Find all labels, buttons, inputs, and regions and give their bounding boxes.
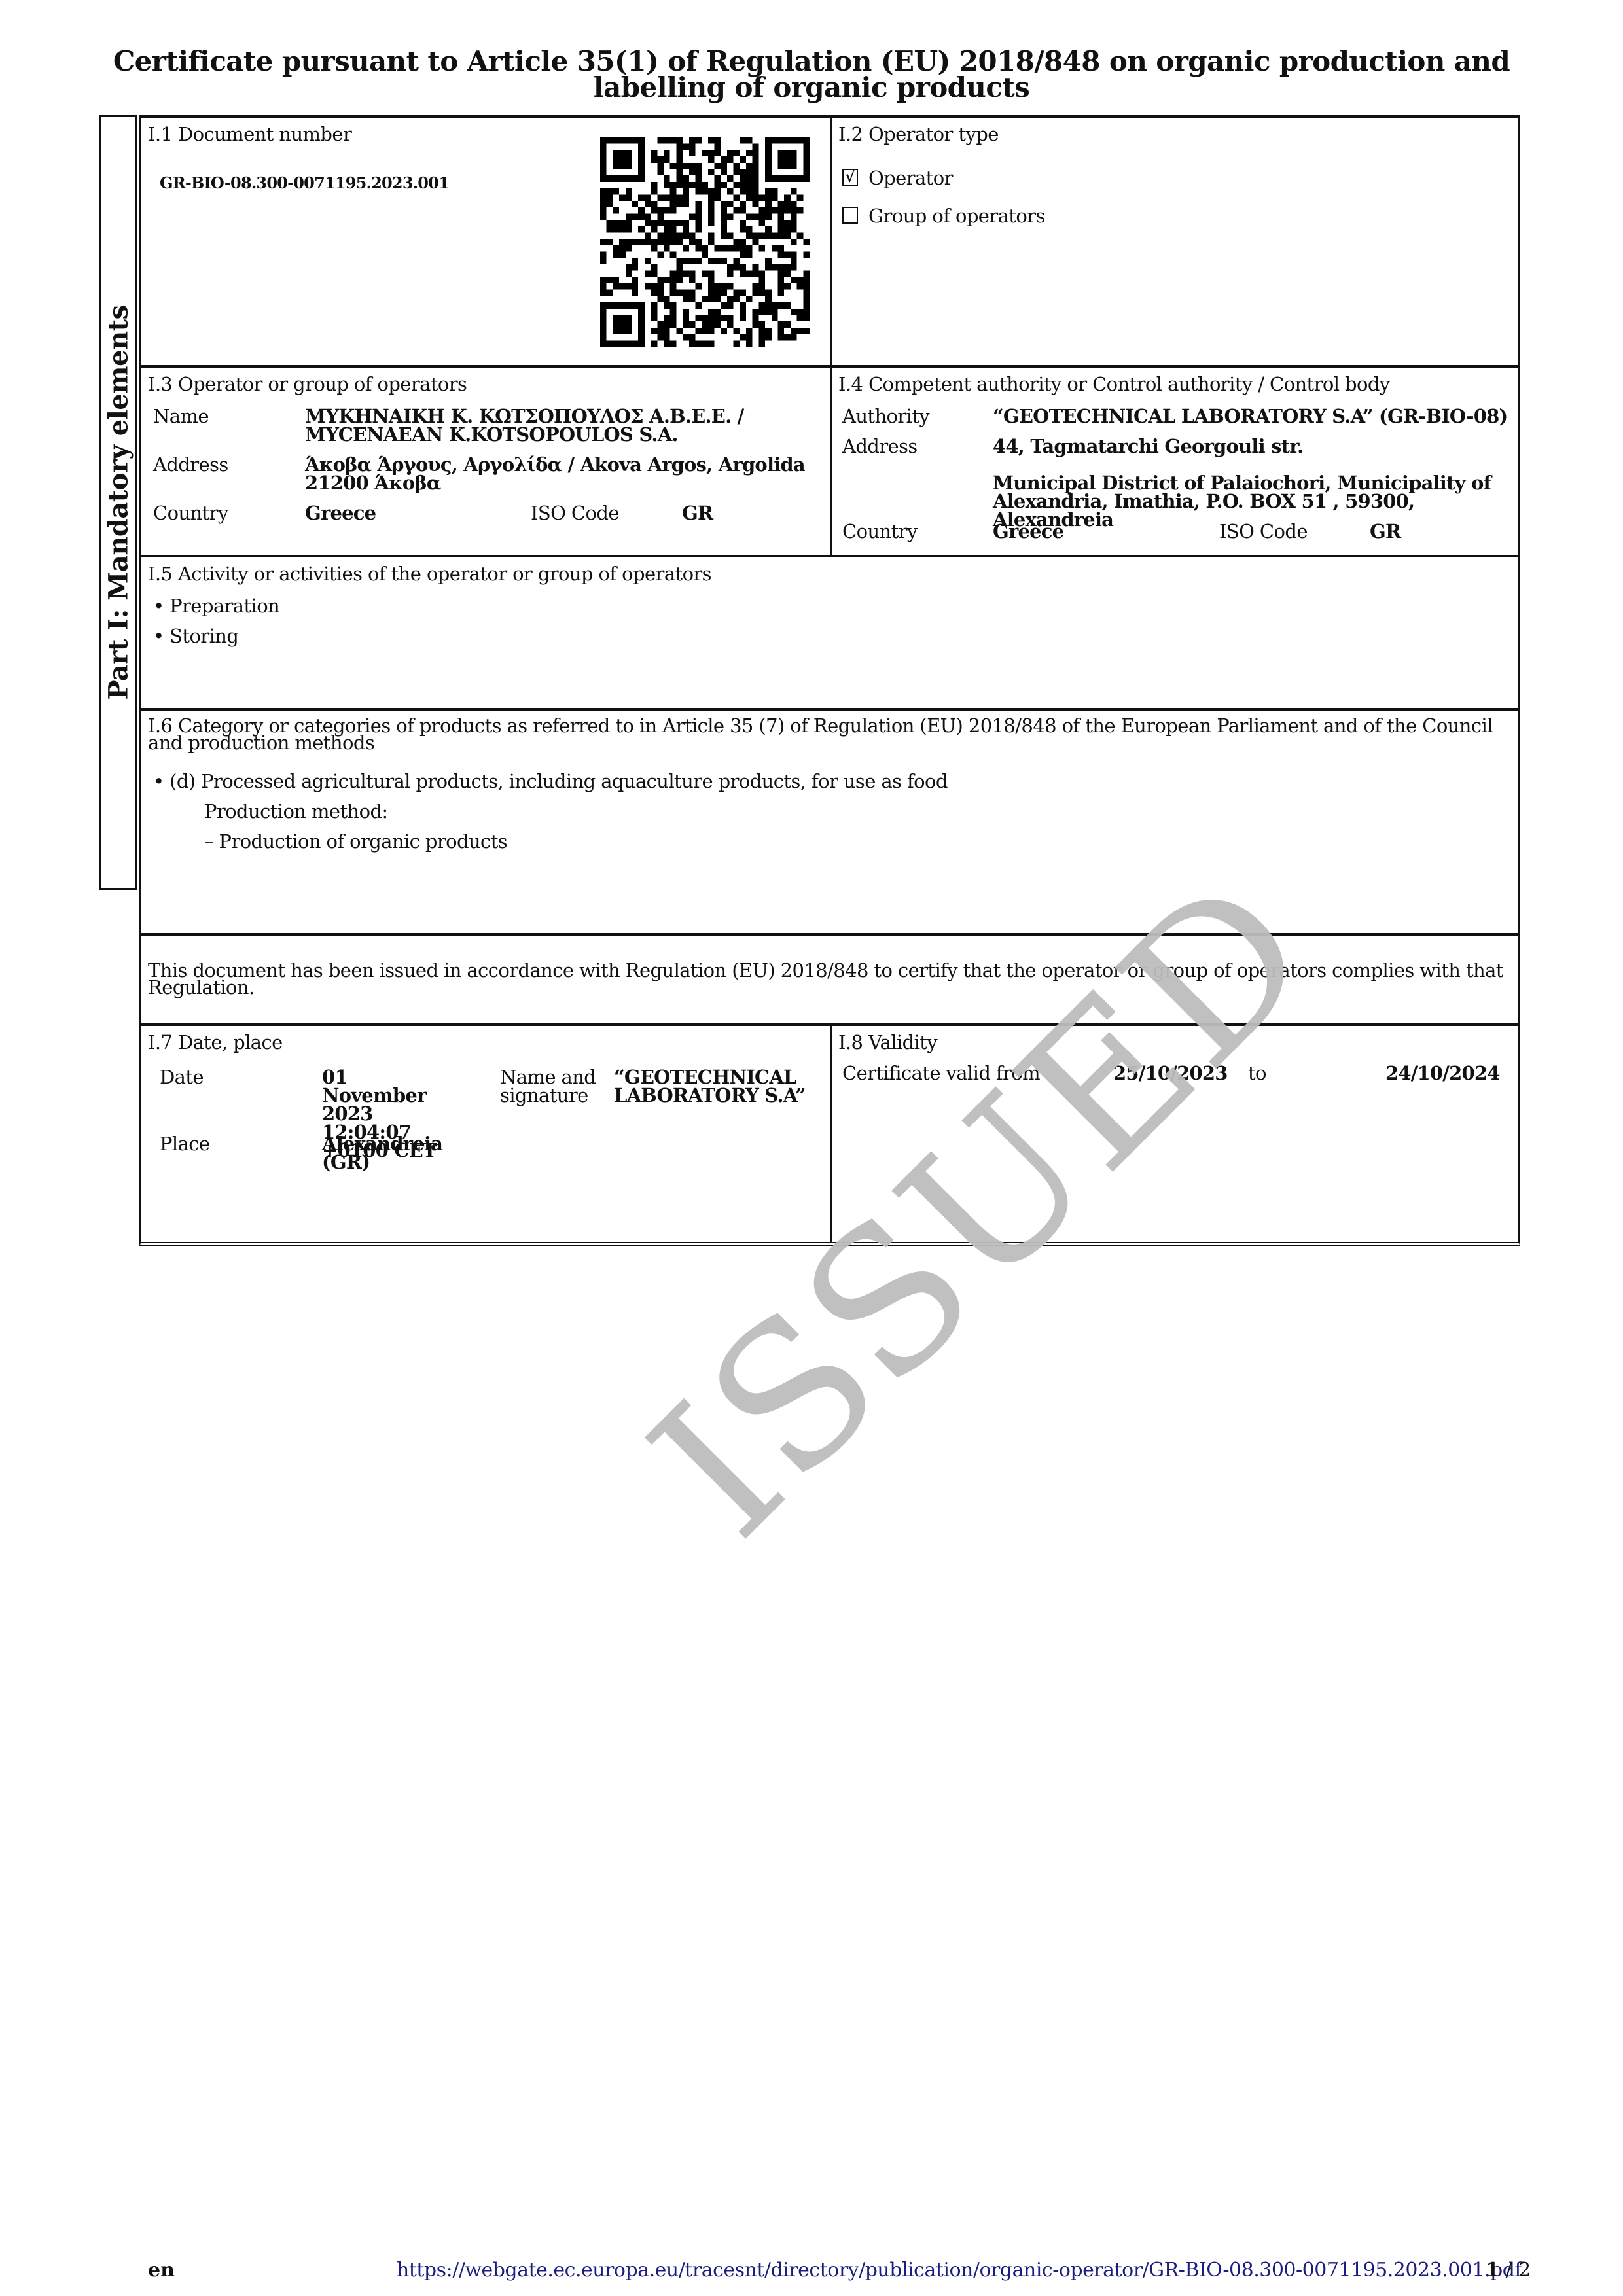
address-label: Address [153,455,228,474]
authority-country: Greece [993,522,1063,540]
page-indicator: 1 / 2 [1486,2259,1531,2282]
section-activities: I.5 Activity or activities of the operat… [141,557,1518,709]
iso-code-label: ISO Code [531,504,619,522]
authority-name: “GEOTECHNICAL LABORATORY S.A” (GR-BIO-08… [993,407,1510,425]
row-categories: I.6 Category or categories of products a… [139,708,1520,934]
row-statement: This document has been issued in accorda… [139,933,1520,1025]
activity-item: • Preparation [153,597,279,615]
section-header: I.1 Document number [148,124,351,144]
row-date-validity: I.7 Date, place Date 01 November 2023 12… [139,1023,1520,1246]
operator-name: ΜΥΚΗΝΑΙΚΗ Κ. ΚΩΤΣΟΠΟΥΛΟΣ Α.Β.Ε.Ε. / MYCE… [305,407,829,444]
authority-address-label: Address [842,437,918,455]
production-method-label: Production method: [204,802,388,821]
section-date-place: I.7 Date, place Date 01 November 2023 12… [141,1026,832,1242]
name-label: Name [153,407,209,425]
document-number: GR-BIO-08.300-0071195.2023.001 [160,174,449,192]
section-header: I.2 Operator type [838,124,999,144]
section-header: I.8 Validity [838,1033,937,1052]
qr-code-icon[interactable] [600,137,810,347]
country-label: Country [153,504,228,522]
row-operator-authority: I.3 Operator or group of operators Name … [139,365,1520,556]
operator-address: Άκοβα Άργους, Αργολίδα / Akova Argos, Ar… [305,455,829,492]
issue-place: Alexandreia (GR) [322,1135,453,1171]
authority-iso-code: GR [1370,522,1400,540]
sidebar-label: Part I: Mandatory elements [103,305,134,699]
group-of-operators-checkbox[interactable] [842,207,858,224]
section-header: I.3 Operator or group of operators [148,374,467,394]
footer-url-link[interactable]: https://webgate.ec.europa.eu/tracesnt/di… [397,2259,1522,2282]
valid-to-date: 24/10/2024 [1385,1064,1500,1082]
section-document-number: I.1 Document number GR-BIO-08.300-007119… [141,118,832,366]
section-operator: I.3 Operator or group of operators Name … [141,368,832,556]
page-current: 1 [1486,2259,1499,2282]
authority-country-label: Country [842,522,918,540]
section-operator-type: I.2 Operator type √ Operator Group of op… [832,118,1518,366]
section-categories: I.6 Category or categories of products a… [141,711,1518,934]
place-label: Place [160,1135,209,1153]
signature-label: Name and signature [500,1068,605,1104]
footer-language: en [148,2259,175,2282]
date-label: Date [160,1068,204,1086]
valid-from-label: Certificate valid from [842,1064,1040,1082]
group-option-label: Group of operators [868,207,1045,225]
activity-item: • Storing [153,627,238,645]
statement-cell: This document has been issued in accorda… [141,936,1518,1025]
section-header: I.7 Date, place [148,1033,283,1052]
operator-checkbox[interactable]: √ [842,169,858,186]
section-control-body: I.4 Competent authority or Control autho… [832,368,1518,556]
authority-address-line1: 44, Tagmatarchi Georgouli str. [993,437,1510,455]
signature-value: “GEOTECHNICAL LABORATORY S.A” [614,1068,823,1104]
section-header: I.6 Category or categories of products a… [148,717,1509,751]
category-item: • (d) Processed agricultural products, i… [153,772,948,790]
part-one-sidebar: Part I: Mandatory elements [99,115,137,890]
certificate-title: Certificate pursuant to Article 35(1) of… [98,48,1525,101]
section-header: I.5 Activity or activities of the operat… [148,564,711,584]
row-document-operator-type: I.1 Document number GR-BIO-08.300-007119… [139,115,1520,366]
section-validity: I.8 Validity Certificate valid from 25/1… [832,1026,1518,1242]
production-method-value: – Production of organic products [204,832,507,851]
section-header: I.4 Competent authority or Control autho… [838,374,1390,394]
row-activities: I.5 Activity or activities of the operat… [139,555,1520,709]
compliance-statement: This document has been issued in accorda… [148,962,1509,996]
page-separator: / [1499,2259,1518,2282]
operator-iso-code: GR [682,504,713,522]
operator-option-label: Operator [868,169,953,187]
valid-to-label: to [1248,1064,1266,1082]
page-total: 2 [1518,2259,1531,2282]
operator-country: Greece [305,504,376,522]
authority-label: Authority [842,407,929,425]
authority-iso-label: ISO Code [1219,522,1308,540]
valid-from-date: 25/10/2023 [1113,1064,1228,1082]
